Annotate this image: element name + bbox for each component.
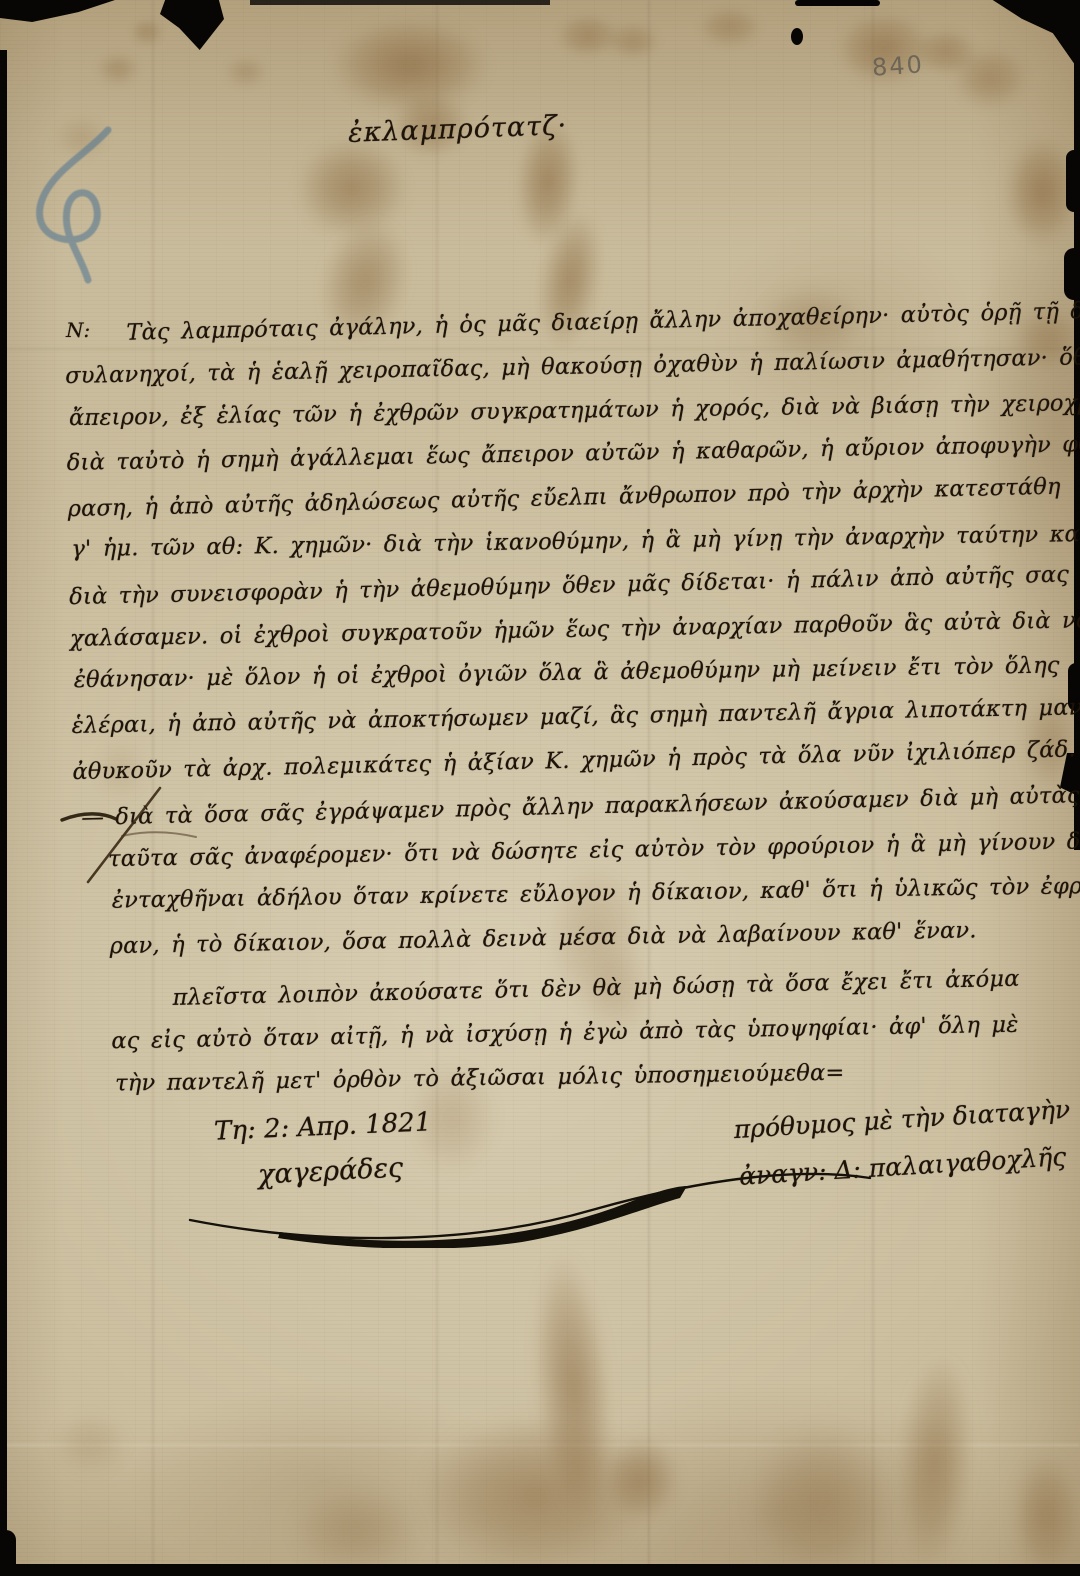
- letter-body: Τὰς λαμπρόταις ἀγάλην, ἡ ὁς μᾶς διαείρῃ …: [64, 291, 1080, 1107]
- fold-crease: [0, 1444, 1080, 1446]
- blue-crayon-mark: [26, 124, 146, 294]
- torn-edge: [250, 0, 550, 5]
- archival-number-pencil: 840: [871, 50, 925, 82]
- paragraph: πλεῖστα λοιπὸν ἀκούσατε ὅτι δὲν θὰ μὴ δώ…: [76, 957, 1080, 1107]
- torn-edge: [795, 0, 880, 6]
- paragraph: — διὰ τὰ ὅσα σᾶς ἐγράψαμεν πρὸς ἄλλην πα…: [73, 775, 1080, 969]
- worm-hole: [791, 28, 803, 45]
- torn-edge: [0, 50, 7, 1576]
- paragraph: Τὰς λαμπρόταις ἀγάλην, ἡ ὁς μᾶς διαείρῃ …: [64, 291, 1080, 791]
- signature-block: πρόθυμος μὲ τὴν διαταγὴν ἀναγν: Δ: παλαι…: [732, 1086, 1067, 1200]
- scanned-letter: 840 ἐκλαμπρότατζ· Ν: Τὰς λαμπρόταις ἀγάλ…: [0, 0, 1080, 1576]
- margin-slash-mark: [48, 780, 208, 900]
- torn-edge: [1066, 150, 1080, 212]
- torn-edge: [0, 1564, 1080, 1576]
